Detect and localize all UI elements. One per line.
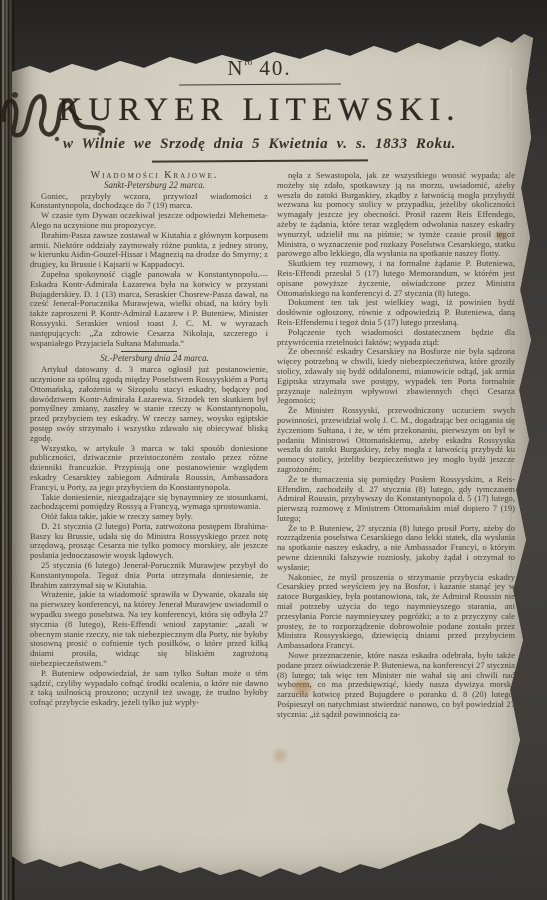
paper-crease [510, 68, 512, 848]
paragraph: Wszystko, w artykule 3 marca w taki spos… [30, 444, 268, 493]
paragraph: Nakoniec, że myśl proszenia o strzymanie… [277, 573, 515, 651]
paragraph: Dokument ten tak jest wielkiey wagi, iż … [277, 298, 515, 327]
paragraph: D. 21 stycznia (2 lutego) Porta, zatrwoż… [30, 522, 268, 561]
paragraph: Artykuł datowany d. 3 marca ogłosił już … [30, 365, 268, 443]
paragraph: Ze obecność eskadry Cesarskiey na Bosfor… [277, 347, 515, 406]
article-columns: Wiadomości Krajowe. Sankt-Petersburg 22 … [12, 162, 533, 821]
paragraph: Nowe przeznaczenie, które nasza eskadra … [277, 651, 515, 720]
paragraph: Że te tłumaczenia się pomiędzy Posłem Ro… [277, 475, 515, 524]
right-column-body: nęła z Sewastopola, jak ze wszystkiego w… [277, 171, 515, 720]
article2-dateline: St.-Petersburg dnia 24 marca. [30, 354, 268, 364]
scanned-newspaper-page: { "colors": { "paper": "#cdc9bb", "ink":… [0, 0, 547, 900]
paragraph: Skutkiem tey rozmowy, i na formalne żąda… [277, 259, 515, 298]
left-column: Wiadomości Krajowe. Sankt-Petersburg 22 … [30, 171, 268, 821]
paragraph: Takie doniesienie, niezgadzające się byn… [30, 493, 268, 513]
newspaper-page: Nro 40. KURYER LITEWSKI. w Wilnie we Srz… [12, 28, 533, 884]
right-column: nęła z Sewastopola, jak ze wszystkiego w… [277, 171, 515, 821]
paragraph: Wrażenie, jakie ta wiadomość sprawiła w … [30, 590, 268, 668]
foxing-stain [496, 232, 505, 240]
paragraph: Ibrahim-Pasza zawsze zostawał w Kiutahia… [30, 231, 268, 270]
paragraph: P. Buteniew odpowiedział, że sam tylko S… [30, 669, 268, 708]
masthead-rule-top [178, 84, 340, 86]
paragraph: Że to P. Buteniew, 27 stycznia (8) luteg… [277, 524, 515, 573]
article-divider-rule [121, 351, 177, 352]
ink-blot [0, 84, 112, 148]
paragraph: W czasie tym Dywan oczekiwał jeszcze odp… [30, 211, 268, 231]
paragraph: Że Minister Rossyyski, przewodniczony uc… [277, 406, 515, 475]
paragraph: 25 stycznia (6 lutego) Jenerał-Porucznik… [30, 561, 268, 590]
paragraph: Goniec, przybyły wczora, przywiozł wiado… [30, 192, 268, 212]
article1-body: Goniec, przybyły wczora, przywiozł wiado… [30, 192, 268, 349]
issue-number: Nro 40. [0, 56, 520, 81]
paragraph: Zupełna spokoyność ciągle panowała w Kon… [30, 270, 268, 348]
foxing-stain [294, 680, 311, 695]
paragraph: nęła z Sewastopola, jak ze wszystkiego w… [277, 171, 515, 259]
paragraph: Połączenie tych wiadomości dostatecznem … [277, 328, 515, 348]
article1-dateline: Sankt-Petersburg 22 marca. [30, 181, 268, 191]
article2-body: Artykuł datowany d. 3 marca ogłosił już … [30, 365, 268, 708]
foxing-stain [274, 750, 286, 761]
issue-number-superscript: ro [245, 57, 253, 67]
